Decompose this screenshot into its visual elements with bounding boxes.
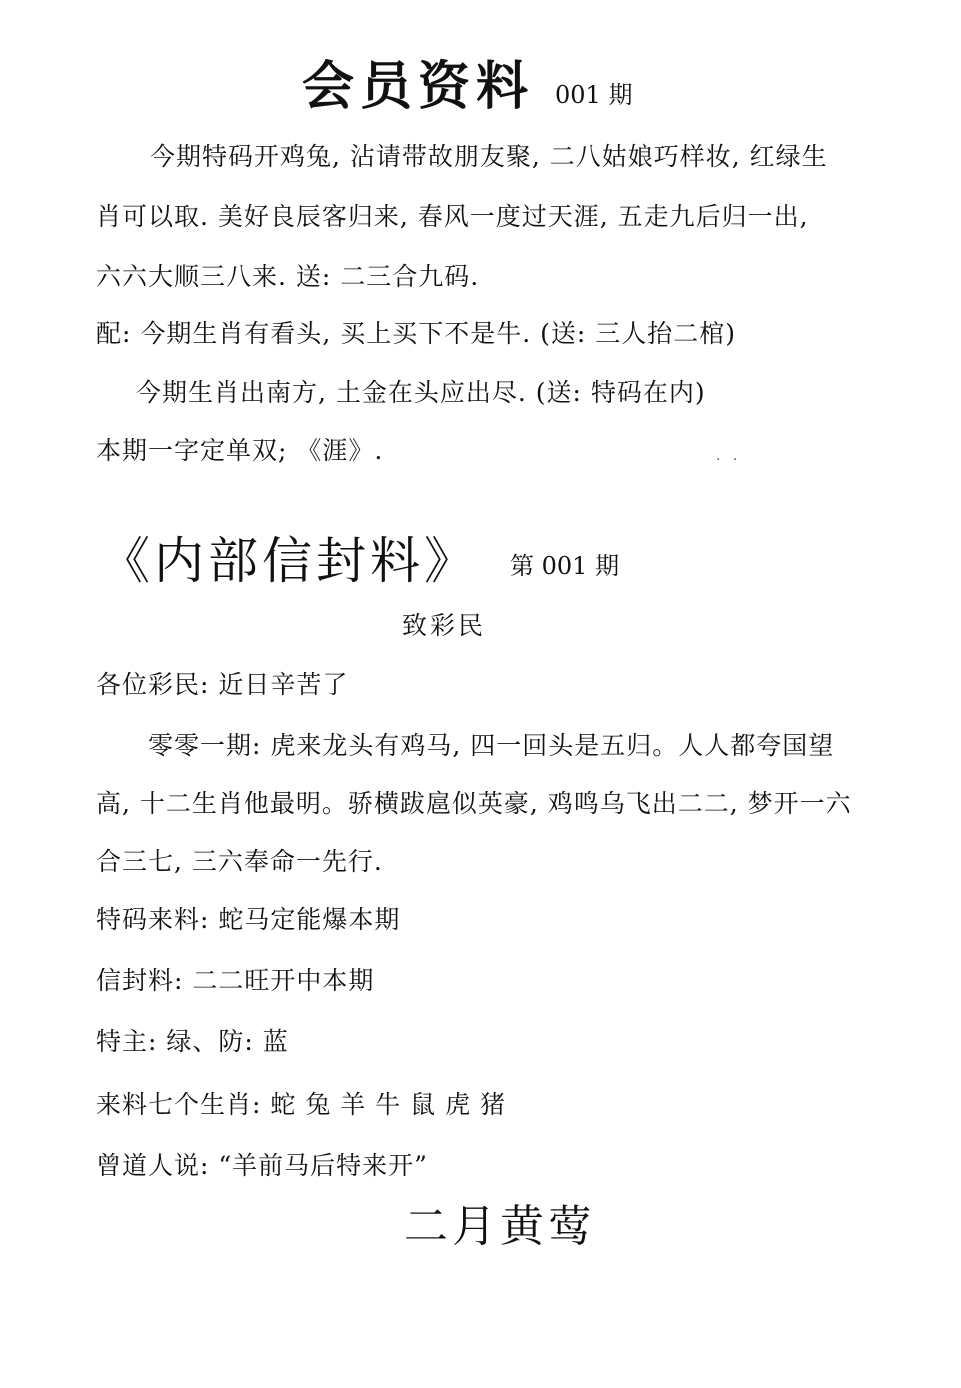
- color-line: 特主: 绿、防: 蓝: [96, 1026, 289, 1058]
- member-info-title: 会员资料: [302, 56, 534, 118]
- poem-line-1: 今期特码开鸡兔, 沾请带故朋友聚, 二八姑娘巧样妆, 红绿生: [150, 141, 828, 173]
- odd-even-line: 本期一字定单双; 《涯》.: [96, 435, 383, 467]
- zodiac-direction-line: 今期生肖出南方, 土金在头应出尽. (送: 特码在内): [136, 377, 706, 409]
- poem-line-2: 肖可以取. 美好良辰客归来, 春风一度过天涯, 五走九后归一出,: [96, 201, 809, 233]
- letter-subtitle: 致彩民: [402, 610, 486, 642]
- greeting-line: 各位彩民: 近日辛苦了: [96, 669, 348, 701]
- envelope-title: 《内部信封料》: [100, 530, 478, 592]
- poem-line-3: 六六大顺三八来. 送: 二三合九码.: [96, 261, 479, 293]
- scan-specks: . .: [716, 448, 741, 464]
- seven-zodiacs-line: 来料七个生肖: 蛇 兔 羊 牛 鼠 虎 猪: [96, 1089, 506, 1121]
- special-code-line: 特码来料: 蛇马定能爆本期: [96, 904, 400, 936]
- paragraph-line-3: 合三七, 三六奉命一先行.: [96, 846, 383, 878]
- envelope-line: 信封料: 二二旺开中本期: [96, 965, 374, 997]
- match-line: 配: 今期生肖有看头, 买上买下不是牛. (送: 三人抬二棺): [96, 318, 736, 350]
- envelope-issue: 第 001 期: [510, 551, 619, 581]
- paragraph-line-1: 零零一期: 虎来龙头有鸡马, 四一回头是五归。人人都夸国望: [148, 730, 834, 762]
- member-info-issue: 001 期: [555, 80, 632, 110]
- closing-signature: 二月黄莺: [404, 1200, 596, 1254]
- paragraph-line-2: 高, 十二生肖他最明。骄横跋扈似英豪, 鸡鸣乌飞出二二, 梦开一六: [96, 788, 852, 820]
- quote-line: 曾道人说: “羊前马后特来开”: [96, 1150, 428, 1182]
